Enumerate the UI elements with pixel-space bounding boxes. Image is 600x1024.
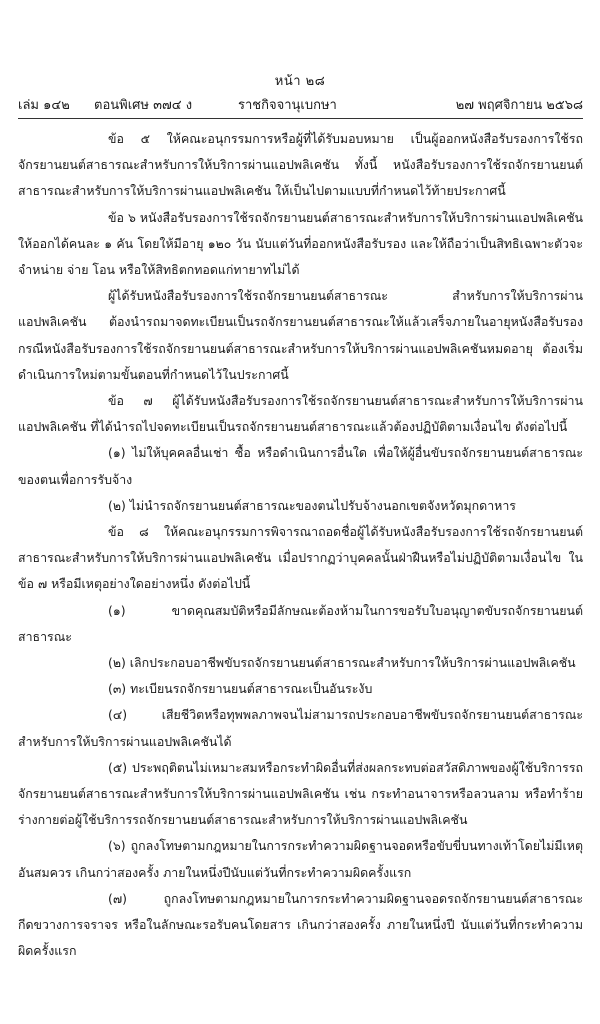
gazette-header: เล่ม ๑๔๒ ตอนพิเศษ ๓๗๔ ง ราชกิจจานุเบกษา … [18,94,583,114]
clause-8-item-3: (๓) ทะเบียนรถจักรยานยนต์สาธารณะเป็นอันระ… [18,676,583,702]
publication-name: ราชกิจจานุเบกษา [238,94,337,115]
clause-5: ข้อ ๕ ให้คณะอนุกรรมการหรือผู้ที่ได้รับมอ… [18,126,583,205]
page-number: หน้า ๒๘ [0,70,600,91]
clause-8-item-2: (๒) เลิกประกอบอาชีพขับรถจักรยานยนต์สาธาร… [18,650,583,676]
clause-8-item-1: (๑) ขาดคุณสมบัติหรือมีลักษณะต้องห้ามในกา… [18,598,583,650]
clause-8-item-6: (๖) ถูกลงโทษตามกฎหมายในการกระทำความผิดฐา… [18,833,583,885]
gazette-page: หน้า ๒๘ เล่ม ๑๔๒ ตอนพิเศษ ๓๗๔ ง ราชกิจจา… [0,0,600,1024]
clause-6: ข้อ ๖ หนังสือรับรองการใช้รถจักรยานยนต์สา… [18,205,583,284]
clause-7: ข้อ ๗ ผู้ได้รับหนังสือรับรองการใช้รถจักร… [18,388,583,440]
clause-8-item-5: (๕) ประพฤติตนไม่เหมาะสมหรือกระทำผิดอื่นท… [18,755,583,834]
issue-label: ตอนพิเศษ ๓๗๔ ง [94,94,192,115]
document-body: ข้อ ๕ ให้คณะอนุกรรมการหรือผู้ที่ได้รับมอ… [18,126,583,965]
clause-7-item-1: (๑) ไม่ให้บุคคลอื่นเช่า ซื้อ หรือดำเนินก… [18,440,583,492]
publication-date: ๒๗ พฤศจิกายน ๒๕๖๘ [456,94,583,115]
clause-6-paragraph-2: ผู้ได้รับหนังสือรับรองการใช้รถจักรยานยนต… [18,283,583,388]
volume-label: เล่ม ๑๔๒ [18,94,70,115]
clause-8-item-7: (๗) ถูกลงโทษตามกฎหมายในการกระทำความผิดฐา… [18,886,583,965]
header-divider [18,118,583,119]
clause-7-item-2: (๒) ไม่นำรถจักรยานยนต์สาธารณะของตนไปรับจ… [18,493,583,519]
clause-8-item-4: (๔) เสียชีวิตหรือทุพพลภาพจนไม่สามารถประก… [18,702,583,754]
clause-8: ข้อ ๘ ให้คณะอนุกรรมการพิจารณาถอดชื่อผู้ไ… [18,519,583,598]
